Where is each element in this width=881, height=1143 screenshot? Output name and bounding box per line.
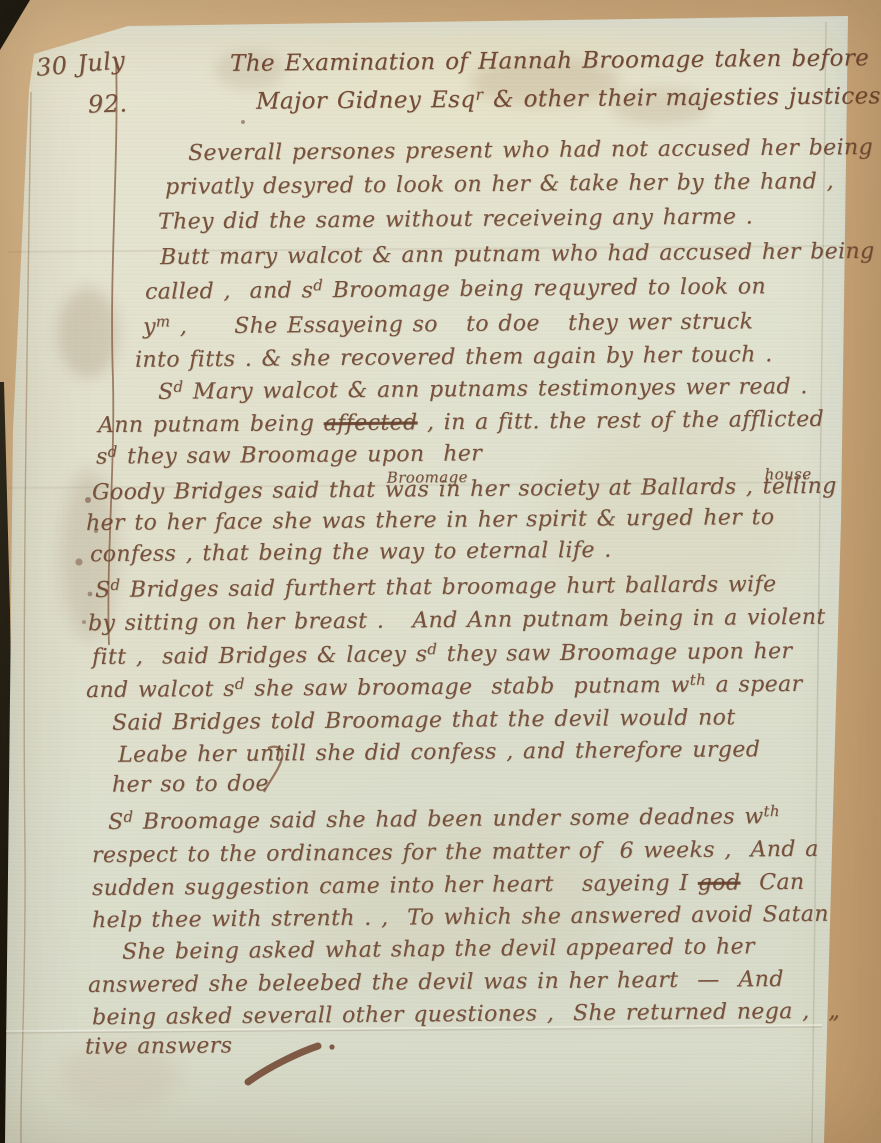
manuscript-line: sd they saw Broomage upon her	[96, 441, 482, 469]
manuscript-line: called , and sd Broomage being requyred …	[145, 274, 766, 304]
handwritten-text: Major Gidney Esq	[256, 87, 476, 115]
handwritten-text: 92.	[88, 89, 128, 118]
handwritten-text: y	[143, 315, 156, 340]
handwritten-text: d	[173, 378, 183, 396]
manuscript-line: Said Bridges told Broomage that the devi…	[112, 705, 736, 735]
handwritten-text: into fitts . & she recovered them again …	[135, 342, 773, 373]
manuscript-line: Sd Broomage said she had been under some…	[108, 804, 780, 835]
handwritten-text: respect to the ordinances for the matter…	[92, 837, 819, 868]
handwritten-text: d	[235, 675, 245, 693]
handwritten-text: r	[475, 85, 483, 104]
handwritten-text: Mary walcot & ann putnams testimonyes we…	[183, 374, 807, 404]
handwritten-text: S	[95, 578, 111, 603]
handwriting-layer: 30 July92.The Examination of Hannah Broo…	[0, 0, 881, 1143]
photograph-of-manuscript: 30 July92.The Examination of Hannah Broo…	[0, 0, 881, 1143]
handwritten-text: called , and s	[145, 278, 313, 304]
handwritten-text: Bridges said furthert that broomage hurt…	[120, 572, 776, 603]
handwritten-text: by sitting on her breast . And Ann putna…	[88, 605, 826, 636]
handwritten-text: answered she beleebed the devil was in h…	[88, 967, 784, 998]
manuscript-line: her so to doe	[112, 771, 269, 797]
manuscript-line: by sitting on her breast . And Ann putna…	[88, 605, 826, 636]
crossed-out-word: god	[698, 870, 741, 895]
handwritten-text: The Examination of Hannah Broomage taken…	[230, 45, 881, 77]
handwritten-text: d	[123, 808, 133, 826]
handwritten-text: m	[156, 312, 171, 330]
handwritten-text: S	[158, 380, 174, 405]
manuscript-line: Butt mary walcot & ann putnam who had ac…	[160, 239, 875, 270]
handwritten-text: Broomage said she had been under some de…	[133, 804, 763, 834]
handwritten-text: Broomage being requyred to look on	[323, 274, 766, 303]
handwritten-text: , in a fitt. the rest of the afflicted	[417, 407, 824, 436]
handwritten-text: and walcot s	[86, 677, 235, 703]
handwritten-text: Leabe her untill she did confess , and t…	[118, 737, 760, 768]
handwritten-text: Severall persones present who had not ac…	[188, 135, 873, 166]
handwritten-text: fitt , said Bridges & lacey s	[92, 642, 428, 670]
handwritten-text: d	[110, 576, 120, 594]
handwritten-text: they saw Broomage upon her	[118, 441, 483, 469]
handwritten-text: „	[809, 999, 840, 1024]
manuscript-line: help thee with strenth . , To which she …	[92, 902, 829, 933]
manuscript-line: Major Gidney Esqr & other their majestie…	[256, 83, 881, 115]
manuscript-line: ym , She Essayeing so to doe they wer st…	[143, 309, 754, 339]
manuscript-line: privatly desyred to look on her & take h…	[165, 169, 834, 200]
manuscript-line: 92.	[88, 89, 128, 118]
manuscript-line: answered she beleebed the devil was in h…	[88, 967, 784, 998]
manuscript-line: Goody Bridges said that Broomagewas in h…	[92, 474, 837, 505]
handwritten-text: a spear	[706, 672, 803, 698]
handwritten-text: , She Essayeing so to doe they wer struc…	[170, 309, 753, 339]
handwritten-text: being asked severall other questiones , …	[92, 999, 810, 1030]
manuscript-line: into fitts . & she recovered them again …	[135, 342, 773, 373]
handwritten-text: th	[763, 802, 780, 820]
handwritten-text: Butt mary walcot & ann putnam who had ac…	[160, 239, 875, 270]
handwritten-text: sudden suggestion came into her heart sa…	[92, 871, 698, 901]
handwritten-text: Said Bridges told Broomage that the devi…	[112, 705, 736, 735]
handwritten-text: th	[690, 671, 707, 689]
manuscript-line: Severall persones present who had not ac…	[188, 135, 873, 166]
manuscript-line: Ann putnam being affected , in a fitt. t…	[98, 407, 824, 438]
handwritten-text: help thee with strenth . , To which she …	[92, 902, 829, 933]
handwritten-text: Can	[740, 870, 804, 896]
manuscript-line: The Examination of Hannah Broomage taken…	[230, 45, 881, 77]
handwritten-text: privatly desyred to look on her & take h…	[165, 169, 834, 200]
handwritten-text: She being asked what shap the devil appe…	[122, 934, 755, 965]
handwritten-text: 30 July	[35, 46, 126, 82]
handwritten-text: d	[313, 276, 323, 294]
handwritten-text: d	[427, 640, 437, 658]
manuscript-line: fitt , said Bridges & lacey sd they saw …	[92, 639, 793, 670]
handwritten-text: d	[108, 442, 118, 460]
manuscript-line: Leabe her untill she did confess , and t…	[118, 737, 760, 768]
crossed-out-word: affected	[324, 410, 418, 436]
manuscript-line: and walcot sd she saw broomage stabb put…	[86, 672, 803, 703]
manuscript-line: being asked severall other questiones , …	[92, 999, 840, 1031]
manuscript-line: Sd Mary walcot & ann putnams testimonyes…	[158, 374, 808, 405]
handwritten-text: they saw Broomage upon her	[437, 639, 792, 667]
handwritten-text: her to her face she was there in her spi…	[86, 505, 775, 536]
manuscript-line: respect to the ordinances for the matter…	[92, 837, 819, 868]
handwritten-text: confess , that being the way to eternal …	[90, 538, 612, 568]
handwritten-text: Goody Bridges said that	[92, 478, 385, 506]
handwritten-text: she saw broomage stabb putnam w	[245, 673, 690, 702]
handwritten-text: & other their majesties justices.	[483, 83, 881, 113]
manuscript-line: her to her face she was there in her spi…	[86, 505, 775, 536]
handwritten-text: s	[96, 445, 108, 470]
manuscript-line: confess , that being the way to eternal …	[90, 538, 612, 568]
manuscript-line: tive answers	[85, 1033, 233, 1059]
handwritten-text: S	[108, 810, 124, 835]
handwritten-text: tive answers	[85, 1033, 233, 1059]
manuscript-line: They did the same without receiveing any…	[158, 204, 753, 234]
handwritten-text: Ann putnam being	[98, 411, 324, 438]
manuscript-line: Sd Bridges said furthert that broomage h…	[95, 572, 777, 603]
manuscript-line: 30 July	[35, 46, 126, 82]
handwritten-text: They did the same without receiveing any…	[158, 204, 753, 234]
manuscript-line: She being asked what shap the devil appe…	[122, 934, 755, 965]
manuscript-line: sudden suggestion came into her heart sa…	[92, 870, 805, 901]
handwritten-text: her so to doe	[112, 771, 269, 797]
